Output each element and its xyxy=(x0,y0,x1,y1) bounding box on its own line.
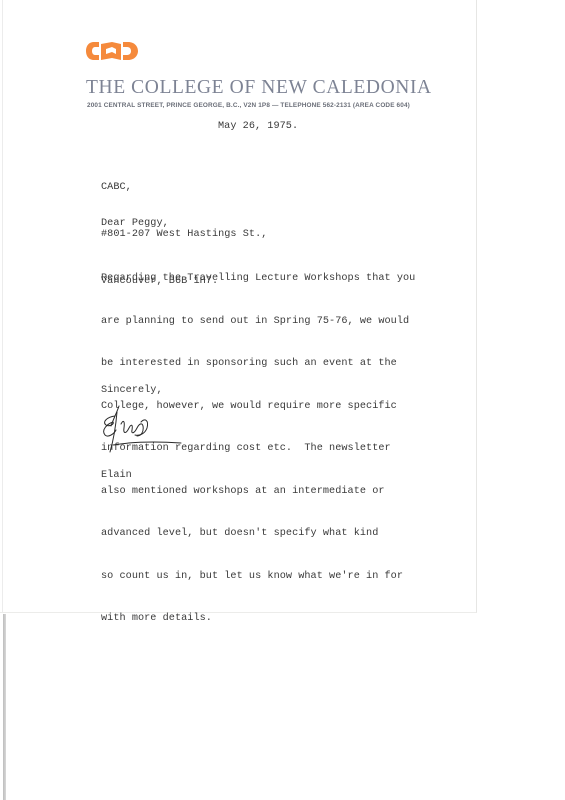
letter-page: THE COLLEGE OF NEW CALEDONIA 2001 CENTRA… xyxy=(0,0,477,613)
body-line: with more details. xyxy=(101,612,415,626)
body-line: also mentioned workshops at an intermedi… xyxy=(101,485,415,499)
scan-edge xyxy=(3,614,6,800)
closing: Sincerely, xyxy=(101,385,163,396)
signature-icon xyxy=(97,402,187,458)
salutation: Dear Peggy, xyxy=(101,218,169,229)
body-line: be interested in sponsoring such an even… xyxy=(101,357,415,371)
body-line: so count us in, but let us know what we'… xyxy=(101,570,415,584)
body-line: advanced level, but doesn't specify what… xyxy=(101,527,415,541)
college-name: THE COLLEGE OF NEW CALEDONIA xyxy=(86,77,432,99)
recipient-line: CABC, xyxy=(101,180,267,196)
letter-date: May 26, 1975. xyxy=(218,121,298,132)
college-address: 2001 CENTRAL STREET, PRINCE GEORGE, B.C.… xyxy=(87,102,410,109)
page-edge xyxy=(2,0,3,612)
signer-name: Elain xyxy=(101,470,132,481)
body-line: are planning to send out in Spring 75-76… xyxy=(101,315,415,329)
recipient-line: #801-207 West Hastings St., xyxy=(101,227,267,243)
body-line: Regarding the Travelling Lecture Worksho… xyxy=(101,272,415,286)
college-logo-icon xyxy=(85,40,140,62)
